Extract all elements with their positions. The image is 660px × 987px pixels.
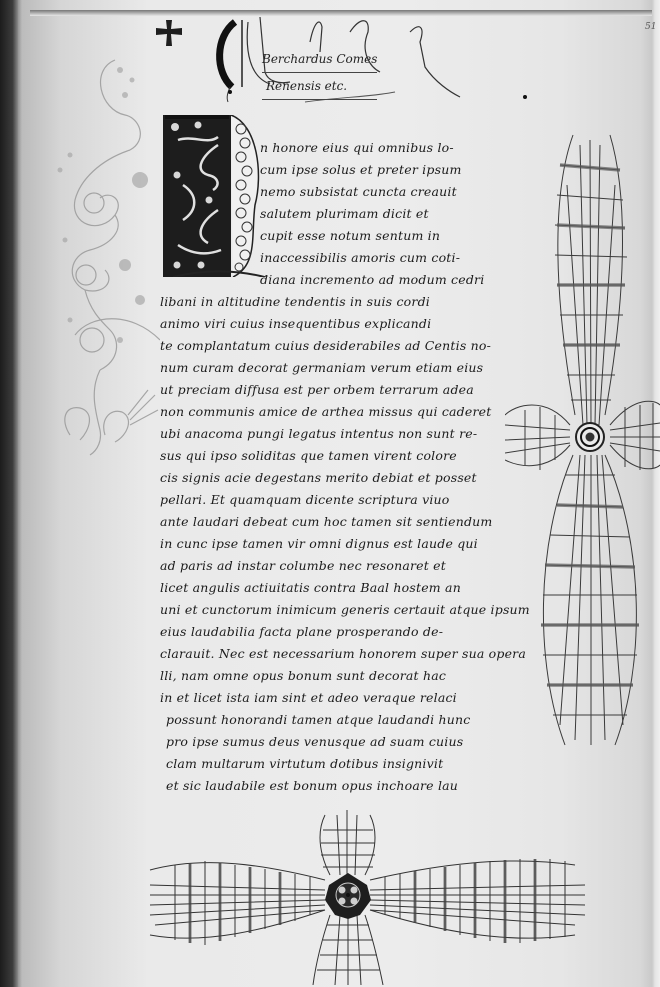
text-line: num curam decorat germaniam verum etiam … [160, 360, 483, 375]
text-line: diana incremento ad modum cedri [260, 272, 484, 287]
vertical-cross-sketch-icon [505, 125, 660, 765]
horizontal-cross-sketch-icon [145, 795, 605, 985]
text-line: sus qui ipso soliditas que tamen virent … [160, 448, 457, 463]
rubric-line-2: Renensis etc. [262, 73, 377, 100]
text-line: n honore eius qui omnibus lo- [260, 140, 454, 155]
text-line: te complantatum cuius desiderabiles ad C… [160, 338, 491, 353]
manuscript-page: 51 Berchardus Comes Renensis etc. [0, 0, 660, 987]
text-line: cum ipse solus et preter ipsum [260, 162, 462, 177]
text-line: pellari. Et quamquam dicente scriptura v… [160, 492, 450, 507]
text-line: nemo subsistat cuncta creauit [260, 184, 457, 199]
text-line: non communis amice de arthea missus qui … [160, 404, 491, 419]
rubric-line-1: Berchardus Comes [262, 46, 377, 73]
text-line: libani in altitudine tendentis in suis c… [160, 294, 430, 309]
book-binding [0, 0, 18, 987]
text-line: in cunc ipse tamen vir omni dignus est l… [160, 536, 478, 551]
text-line: salutem plurimam dicit et [260, 206, 429, 221]
ink-dot [523, 95, 527, 99]
text-line: licet angulis actiuitatis contra Baal ho… [160, 580, 461, 595]
folio-number: 51 [645, 22, 656, 32]
text-line: possunt honorandi tamen atque laudandi h… [166, 712, 470, 727]
text-line: ut preciam diffusa est per orbem terraru… [160, 382, 474, 397]
text-line: animo viri cuius insequentibus explicand… [160, 316, 431, 331]
text-line: cupit esse notum sentum in [260, 228, 440, 243]
text-line: cis signis acie degestans merito debiat … [160, 470, 477, 485]
text-line: pro ipse sumus deus venusque ad suam cui… [166, 734, 463, 749]
text-line: uni et cunctorum inimicum generis certau… [160, 602, 530, 617]
text-line: ad paris ad instar columbe nec resonaret… [160, 558, 446, 573]
text-line: clam multarum virtutum dotibus insignivi… [166, 756, 443, 771]
text-line: eius laudabilia facta plane prosperando … [160, 624, 443, 639]
rubric-heading: Berchardus Comes Renensis etc. [262, 46, 377, 100]
text-line: et sic laudabile est bonum opus inchoare… [166, 778, 458, 793]
text-line: in et licet ista iam sint et adeo veraqu… [160, 690, 457, 705]
text-line: ante laudari debeat cum hoc tamen sit se… [160, 514, 492, 529]
text-line: clarauit. Nec est necessarium honorem su… [160, 646, 526, 661]
text-line: ubi anacoma pungi legatus intentus non s… [160, 426, 477, 441]
margin-vine-icon [30, 40, 160, 480]
text-line: inaccessibilis amoris cum coti- [260, 250, 460, 265]
ink-dot [228, 90, 232, 94]
text-line: lli, nam omne opus bonum sunt decorat ha… [160, 668, 446, 683]
